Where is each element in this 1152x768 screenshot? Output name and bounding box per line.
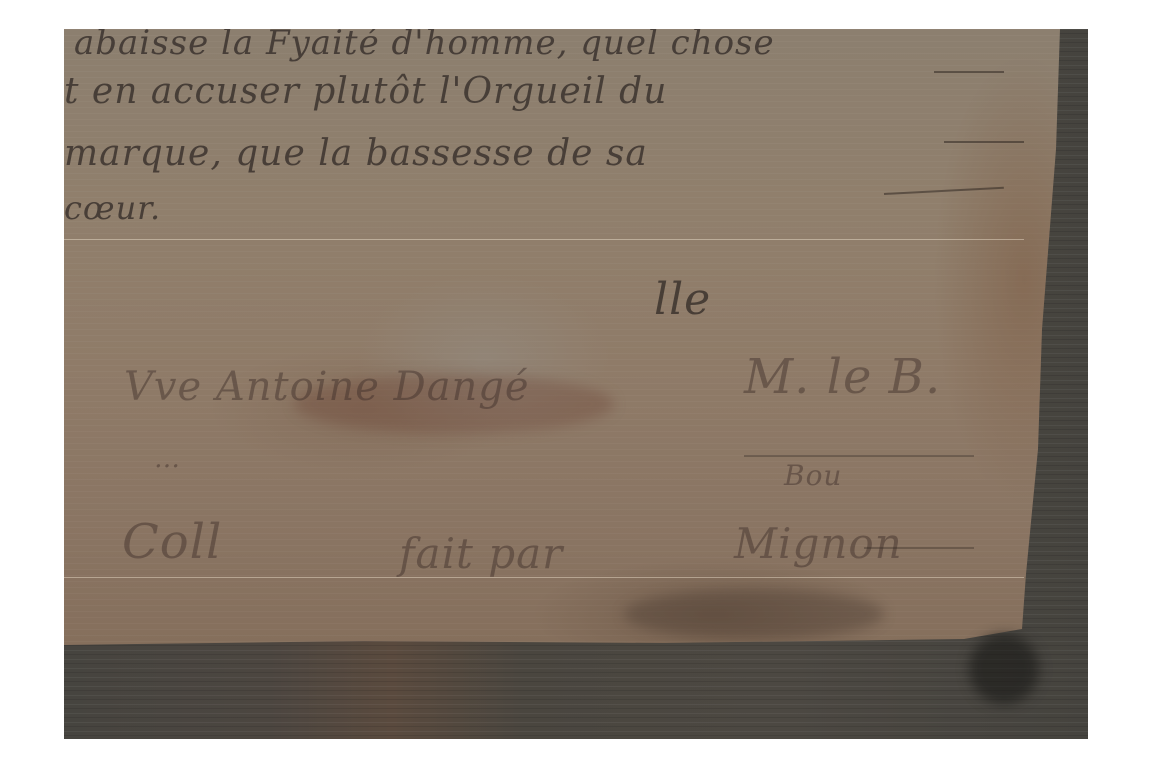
text-line-3: marque, que la bassesse de sa [64, 133, 648, 174]
signature-abbrev: Bou [784, 459, 842, 492]
footer-left-text: Coll [122, 514, 222, 570]
signature-subline: … [154, 444, 181, 474]
footer-middle-text: fait par [399, 529, 563, 578]
paper-fold [64, 239, 1024, 240]
signature-name: Vve Antoine Dangé [124, 364, 530, 410]
manuscript-page: abaisse la Fyaité d'homme, quel chose t … [64, 29, 1064, 645]
flourish-stroke [884, 187, 1004, 195]
signature-right: M. le B. [744, 349, 941, 405]
signature-rule [744, 455, 974, 457]
footer-right-text: Mignon [734, 519, 903, 568]
photograph: abaisse la Fyaité d'homme, quel chose t … [64, 29, 1088, 739]
dirt-stain [624, 589, 884, 639]
footer-flourish [864, 547, 974, 549]
text-line-2: t en accuser plutôt l'Orgueil du [64, 71, 667, 112]
text-line-4: cœur. [64, 189, 161, 227]
text-line-1: abaisse la Fyaité d'homme, quel chose [74, 29, 775, 63]
flourish-stroke [934, 71, 1004, 73]
signature-superscript: lle [654, 274, 711, 325]
flourish-stroke [944, 141, 1024, 143]
corner-shadow [969, 634, 1039, 704]
